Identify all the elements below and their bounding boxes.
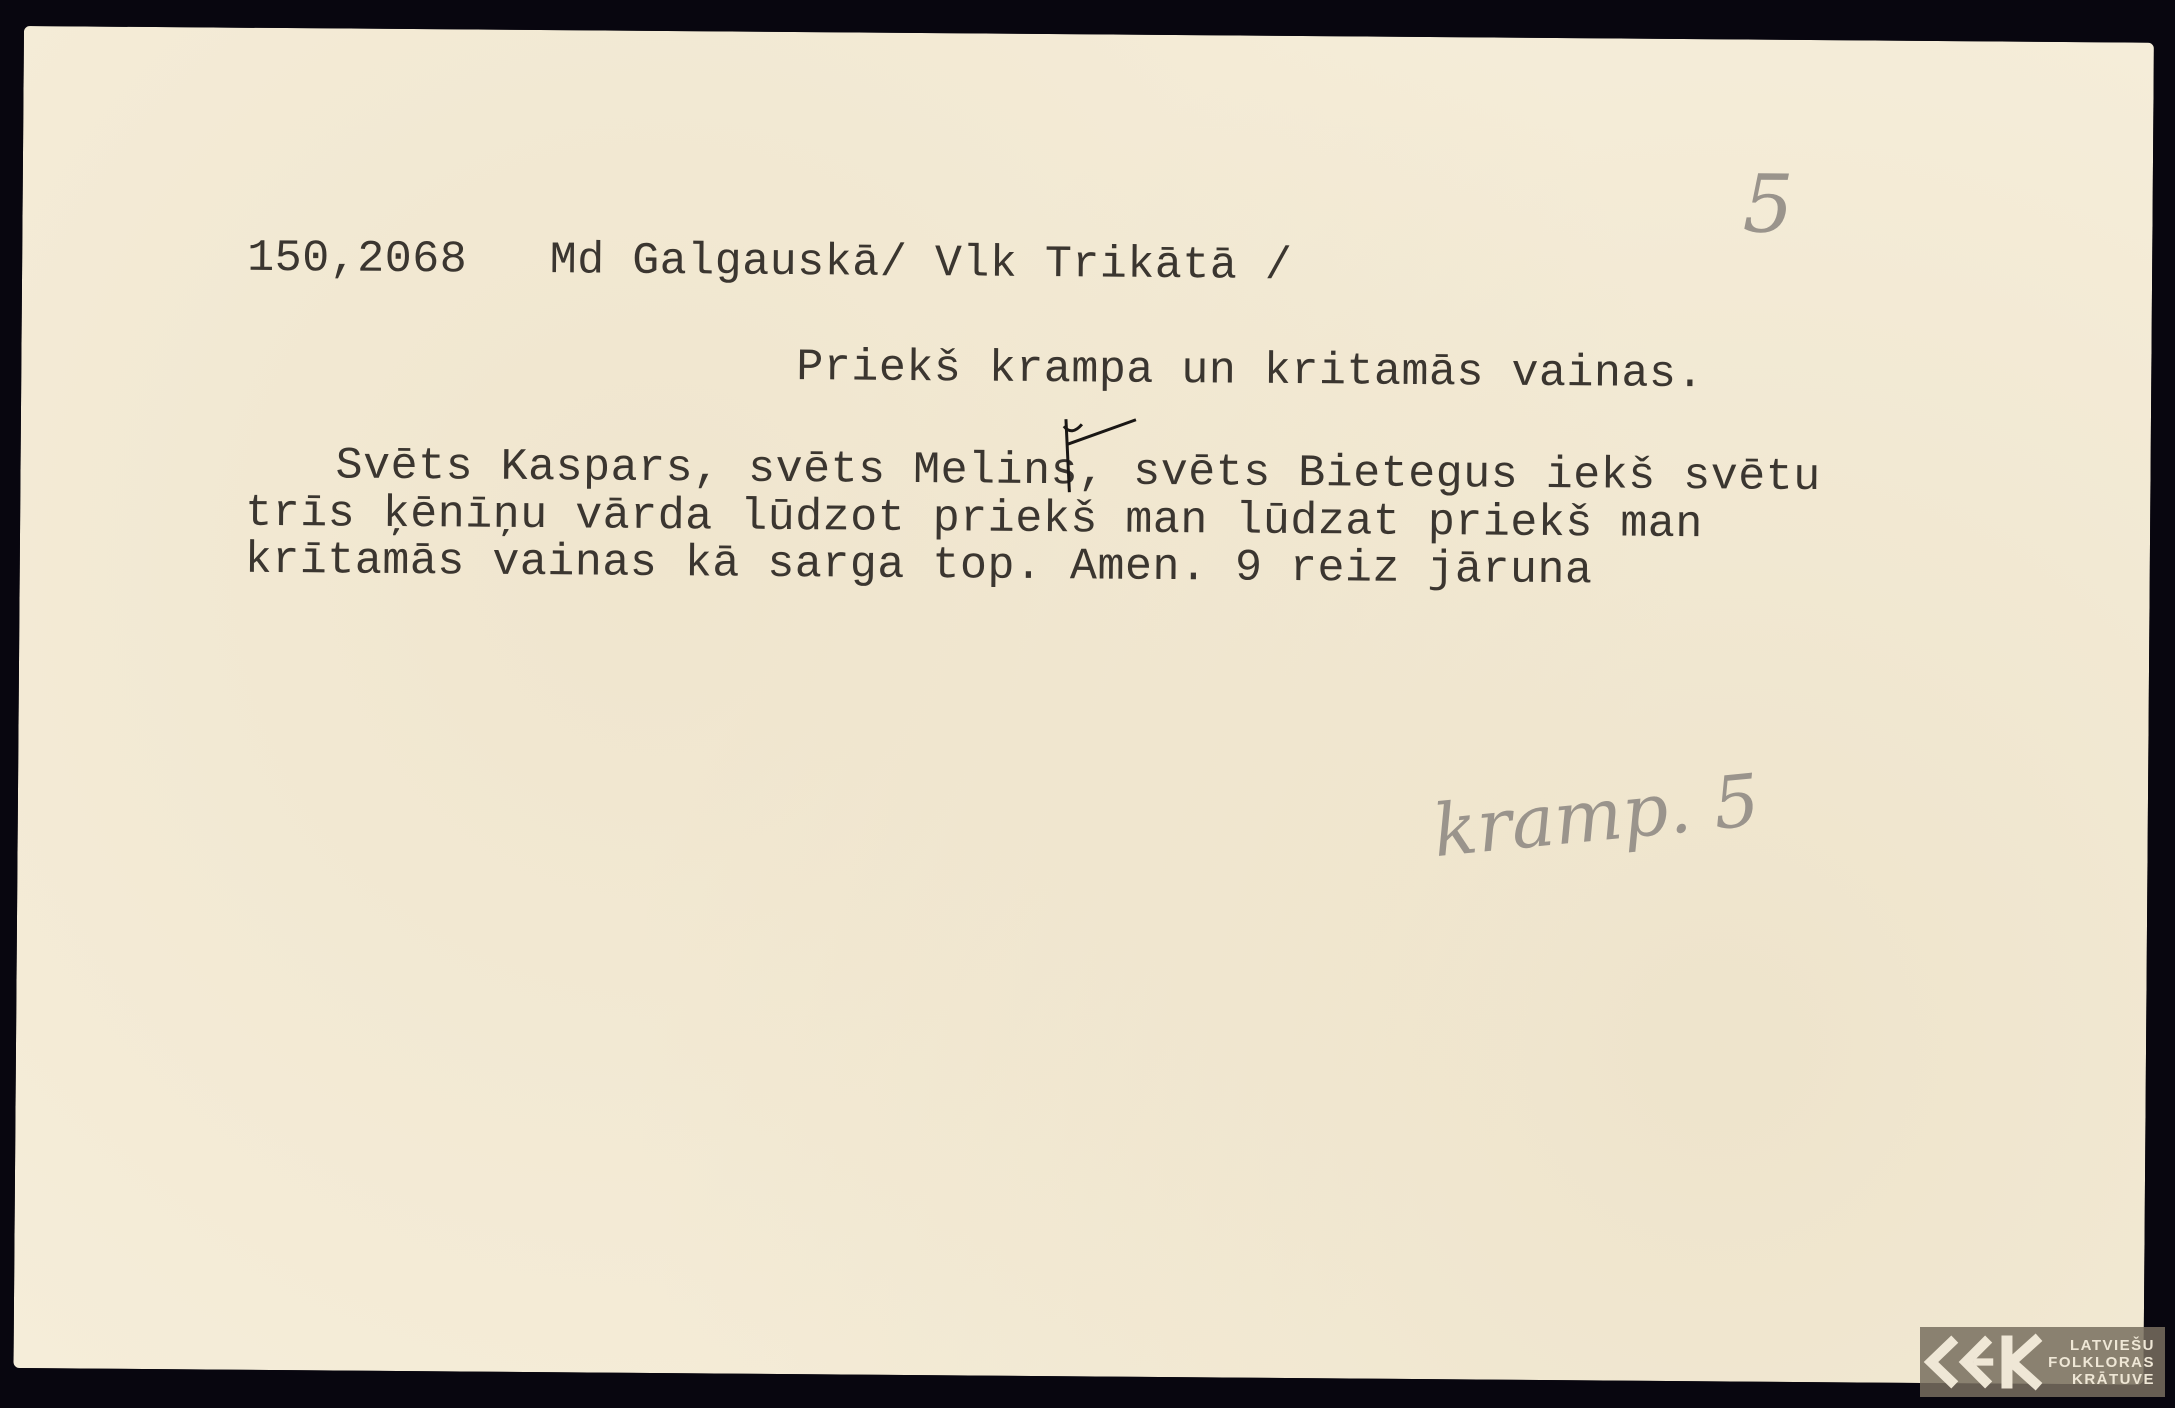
logo-line-1: LATVIEŠU <box>2048 1337 2155 1354</box>
logo-line-3: KRĀTUVE <box>2048 1371 2155 1388</box>
pencil-number: 5 <box>1742 158 1794 251</box>
pencil-category-note: kramp. 5 <box>1430 758 1764 873</box>
lfk-logo-icon <box>1920 1327 2048 1397</box>
logo-line-2: FOLKLORAS <box>2048 1354 2155 1371</box>
handwritten-correction-mark-icon <box>1055 414 1146 495</box>
reference-number: 150,2068 <box>247 233 467 286</box>
location: Md Galgauskā/ Vlk Trikātā / <box>550 235 1293 292</box>
body-line-3: krītamās vainas kā sarga top. Amen. 9 re… <box>245 535 1593 597</box>
archive-watermark-logo: LATVIEŠU FOLKLORAS KRĀTUVE <box>1920 1327 2165 1397</box>
reference-and-location: 150,2068 Md Galgauskā/ Vlk Trikātā / <box>247 233 1293 292</box>
card-title: Priekš krampa un kritamās vainas. <box>796 342 1704 400</box>
logo-text: LATVIEŠU FOLKLORAS KRĀTUVE <box>2048 1337 2165 1388</box>
archive-card: 150,2068 Md Galgauskā/ Vlk Trikātā / Pri… <box>13 26 2153 1385</box>
